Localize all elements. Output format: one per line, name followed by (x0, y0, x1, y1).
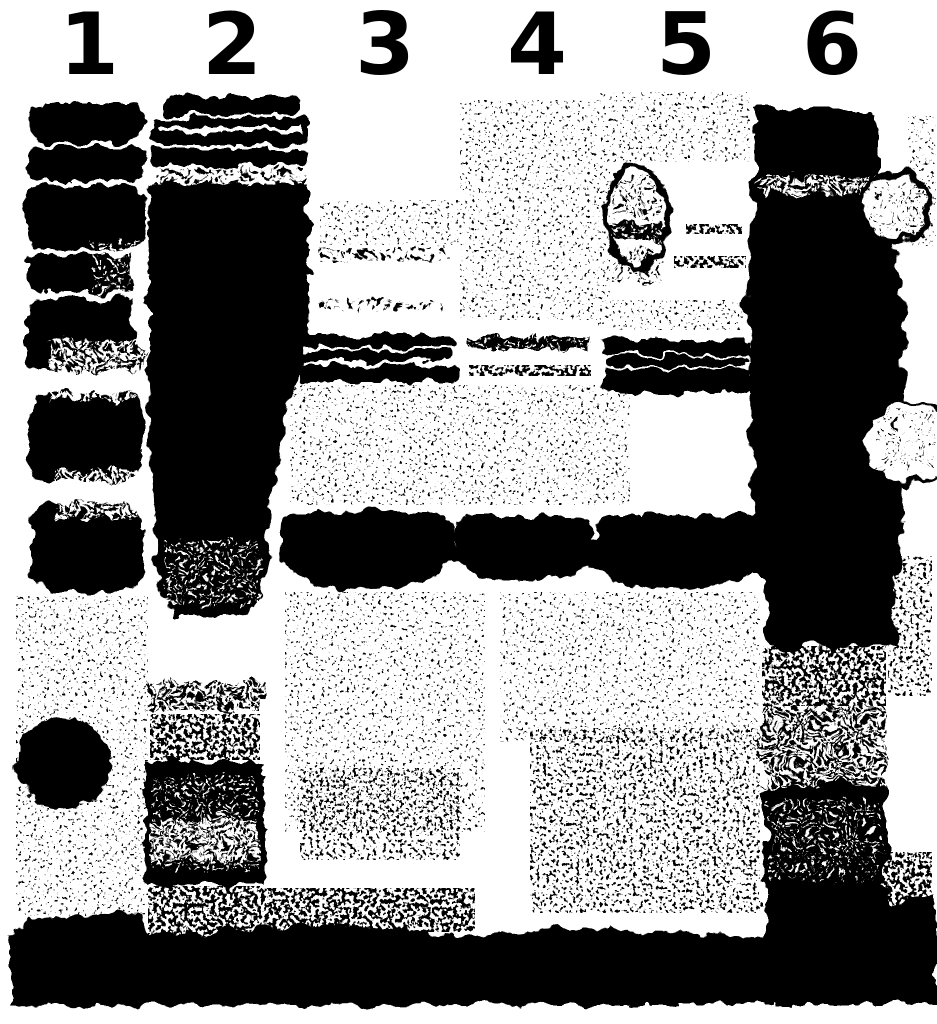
major-band (452, 525, 596, 581)
noise-speckle (908, 116, 936, 246)
band (163, 96, 301, 114)
broken-band (318, 300, 442, 310)
lane-label-6: 6 (802, 0, 862, 95)
noise-speckle (185, 888, 475, 932)
noise-speckle (150, 714, 260, 760)
lane-label-5: 5 (656, 0, 716, 95)
bubble-interior (878, 412, 934, 474)
noise-speckle (772, 852, 932, 910)
dotted-band (686, 224, 742, 234)
major-band (587, 522, 755, 590)
dotted-band (469, 365, 591, 376)
band-gap (762, 176, 876, 196)
broken-band (154, 167, 304, 184)
smear-texture (165, 540, 260, 605)
speckle-gap (92, 240, 146, 300)
broken-band (318, 248, 446, 261)
lane-label-2: 2 (202, 0, 262, 95)
band (303, 350, 453, 361)
band (30, 103, 144, 143)
noise-speckle (888, 556, 932, 696)
lane-label-3: 3 (355, 0, 415, 95)
noise-speckle (16, 596, 148, 916)
broken-band (467, 337, 589, 349)
band (605, 356, 745, 367)
lane-label-1: 1 (59, 0, 119, 95)
bubble-interior (610, 178, 665, 284)
lane-label-4: 4 (507, 0, 567, 95)
band (150, 149, 308, 165)
smear (756, 110, 878, 180)
band (301, 365, 459, 382)
gel-image: 1 2 3 4 5 6 (0, 0, 937, 1024)
noise-speckle (762, 646, 886, 706)
band (603, 340, 747, 354)
noise-speckle (598, 300, 743, 330)
band-gap (156, 127, 302, 132)
speckle-gap (55, 470, 145, 518)
speckle-gap (50, 340, 145, 400)
band (29, 393, 143, 483)
band (25, 185, 146, 249)
gel-canvas: 1 2 3 4 5 6 (0, 0, 937, 1024)
band (27, 147, 145, 181)
dotted-band (674, 256, 746, 268)
major-band (279, 510, 455, 590)
band (301, 334, 456, 347)
